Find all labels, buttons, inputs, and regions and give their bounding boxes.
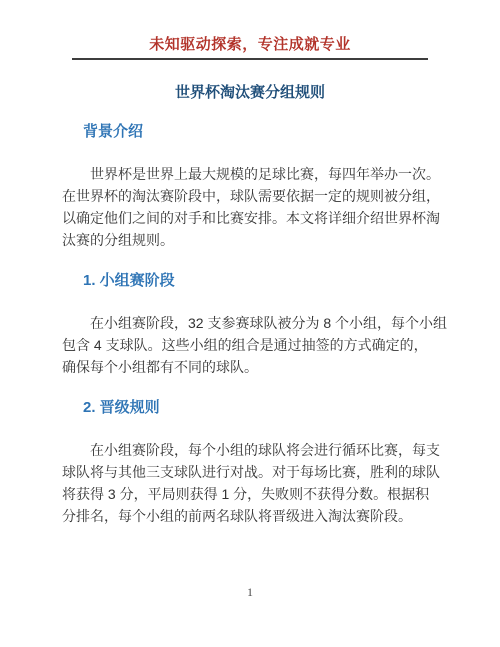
page-number: 1 bbox=[0, 585, 500, 600]
paragraph-line: 世界杯是世界上最大规模的足球比赛，每四年举办一次。 bbox=[62, 163, 436, 185]
paragraph-line: 球队将与其他三支球队进行对战。对于每场比赛，胜利的球队 bbox=[62, 461, 436, 483]
section-group-stage: 1. 小组赛阶段 在小组赛阶段，32 支参赛球队被分为 8 个小组，每个小组 包… bbox=[62, 271, 436, 378]
paragraph: 在小组赛阶段，32 支参赛球队被分为 8 个小组，每个小组 包含 4 支球队。这… bbox=[62, 312, 436, 378]
paragraph-line: 在世界杯的淘汰赛阶段中，球队需要依据一定的规则被分组， bbox=[62, 185, 436, 207]
paragraph-line: 汰赛的分组规则。 bbox=[62, 229, 436, 251]
document-title: 世界杯淘汰赛分组规则 bbox=[0, 83, 500, 102]
header-slogan: 未知驱动探索，专注成就专业 bbox=[0, 36, 500, 54]
section-heading: 2. 晋级规则 bbox=[83, 398, 436, 418]
paragraph-line: 在小组赛阶段，32 支参赛球队被分为 8 个小组，每个小组 bbox=[62, 312, 436, 334]
paragraph: 世界杯是世界上最大规模的足球比赛，每四年举办一次。 在世界杯的淘汰赛阶段中，球队… bbox=[62, 163, 436, 251]
paragraph-line: 在小组赛阶段，每个小组的球队将会进行循环比赛，每支 bbox=[62, 439, 436, 461]
paragraph-line: 分排名，每个小组的前两名球队将晋级进入淘汰赛阶段。 bbox=[62, 505, 436, 527]
paragraph-line: 以确定他们之间的对手和比赛安排。本文将详细介绍世界杯淘 bbox=[62, 207, 436, 229]
paragraph-line: 包含 4 支球队。这些小组的组合是通过抽签的方式确定的， bbox=[62, 334, 436, 356]
document-page: 未知驱动探索，专注成就专业 世界杯淘汰赛分组规则 背景介绍 世界杯是世界上最大规… bbox=[0, 0, 500, 647]
section-heading: 1. 小组赛阶段 bbox=[83, 271, 436, 291]
section-promotion-rules: 2. 晋级规则 在小组赛阶段，每个小组的球队将会进行循环比赛，每支 球队将与其他… bbox=[62, 398, 436, 527]
paragraph: 在小组赛阶段，每个小组的球队将会进行循环比赛，每支 球队将与其他三支球队进行对战… bbox=[62, 439, 436, 527]
section-heading: 背景介绍 bbox=[83, 122, 436, 142]
paragraph-line: 确保每个小组都有不同的球队。 bbox=[62, 356, 436, 378]
section-background: 背景介绍 世界杯是世界上最大规模的足球比赛，每四年举办一次。 在世界杯的淘汰赛阶… bbox=[62, 122, 436, 251]
paragraph-line: 将获得 3 分，平局则获得 1 分，失败则不获得分数。根据积 bbox=[62, 483, 436, 505]
header-divider bbox=[72, 58, 428, 60]
document-body: 背景介绍 世界杯是世界上最大规模的足球比赛，每四年举办一次。 在世界杯的淘汰赛阶… bbox=[0, 122, 500, 527]
